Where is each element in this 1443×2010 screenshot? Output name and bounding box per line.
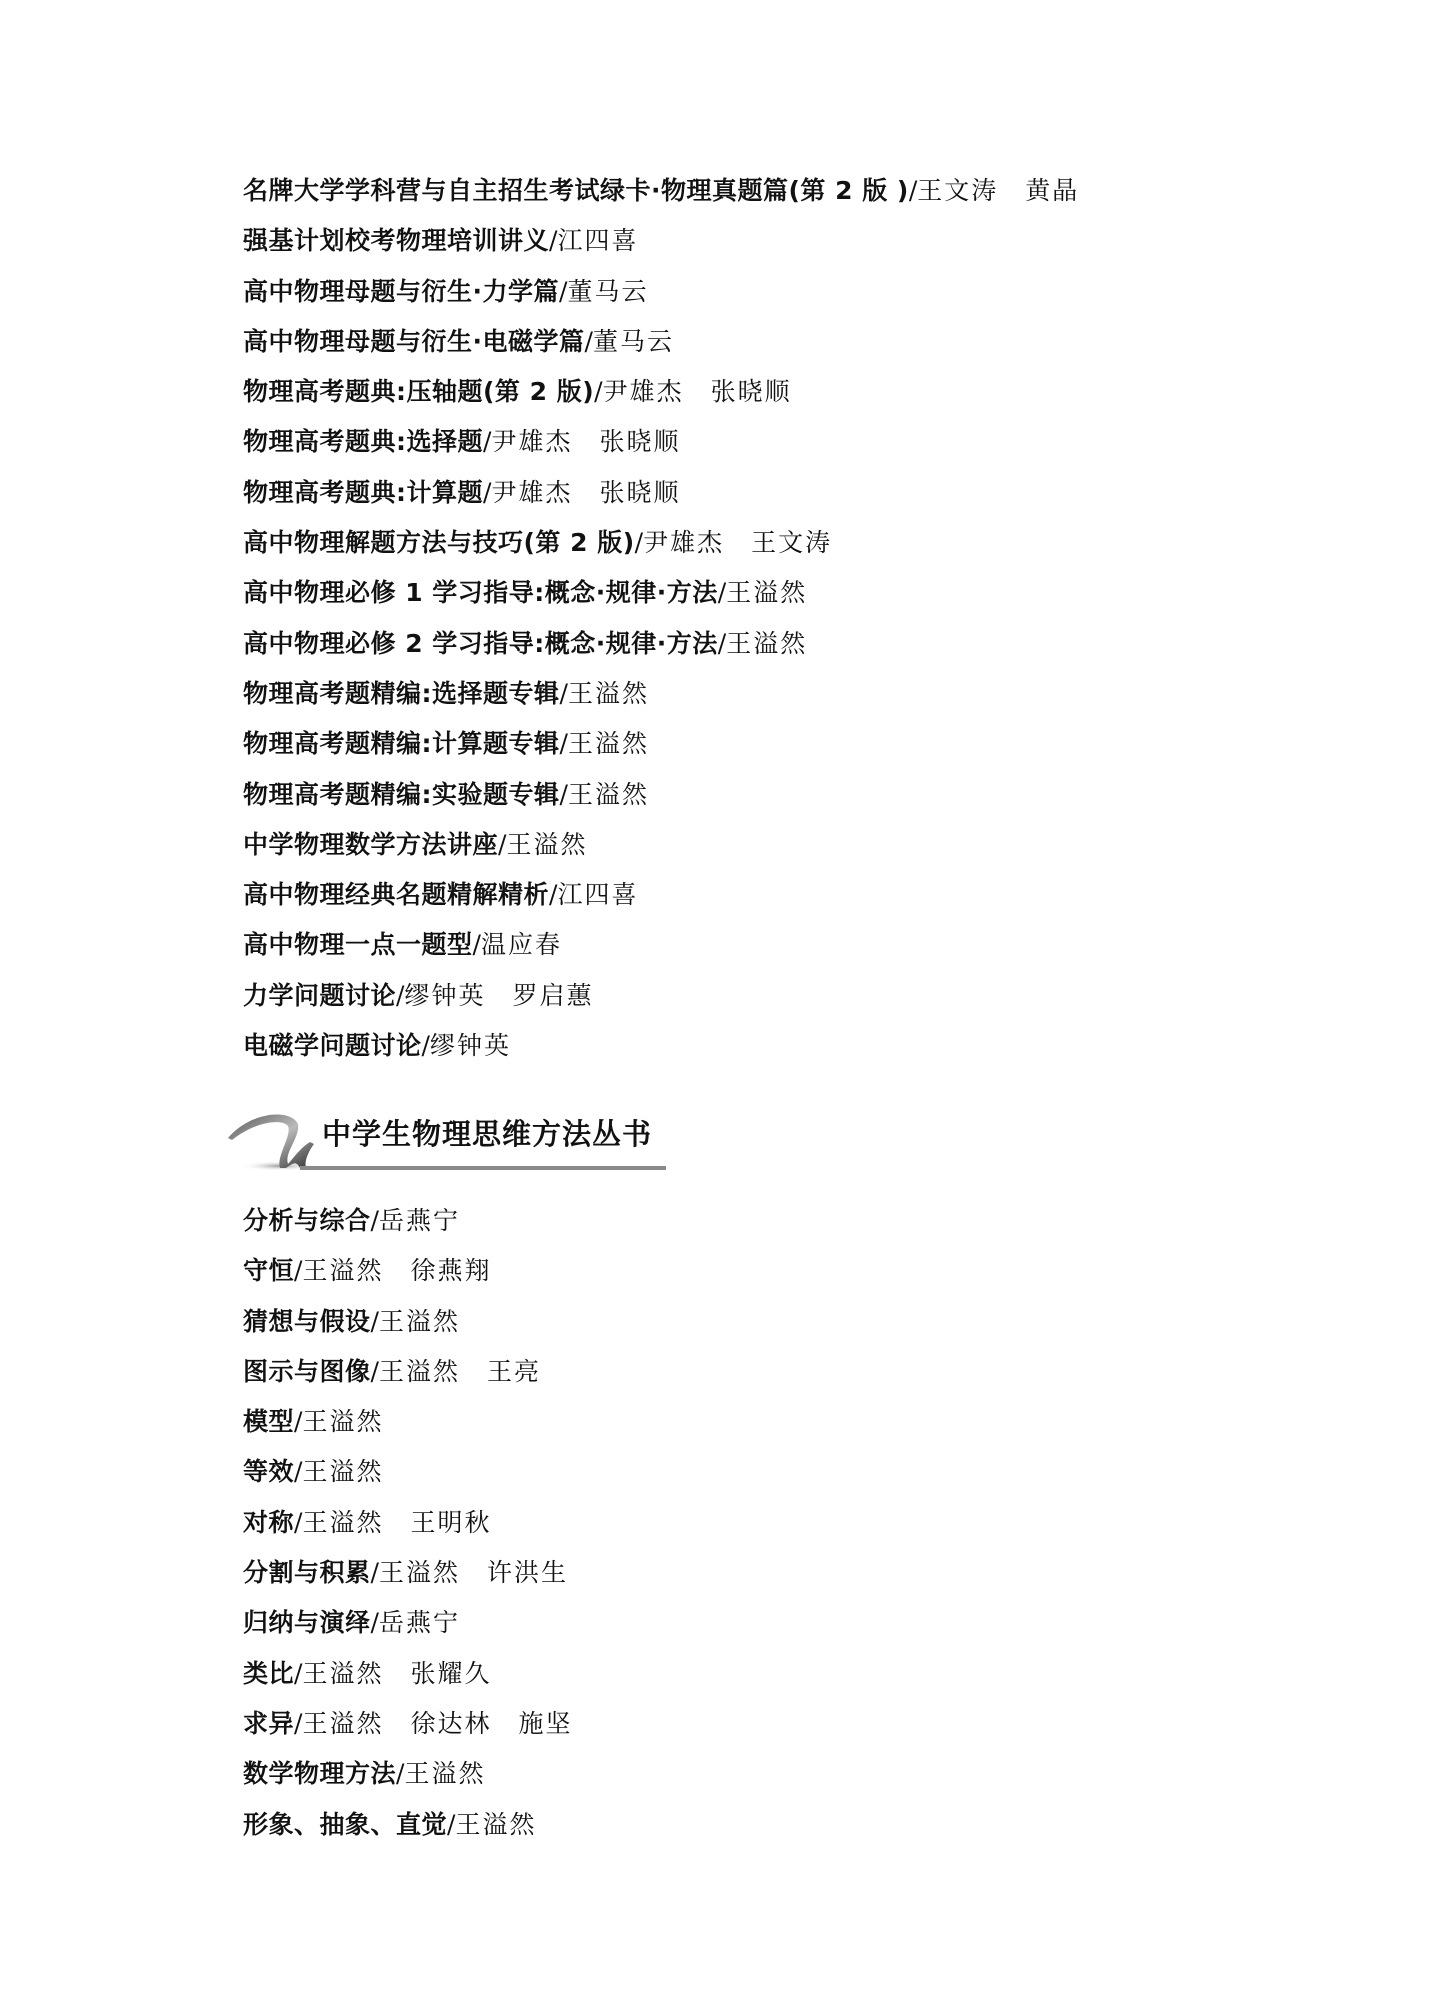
series-header: 中学生物理思维方法丛书 — [210, 1090, 660, 1170]
book-entry: 对称/王溢然 王明秋 — [243, 1498, 572, 1548]
book-entry: 名牌大学学科营与自主招生考试绿卡·物理真题篇(第 2 版 )/王文涛 黄晶 — [243, 166, 1079, 216]
book-title: 归纳与演绎 — [243, 1608, 371, 1637]
separator: / — [585, 327, 593, 356]
separator: / — [371, 1558, 379, 1587]
book-list-section-2: 分析与综合/岳燕宁 守恒/王溢然 徐燕翔 猜想与假设/王溢然 图示与图像/王溢然… — [243, 1196, 572, 1850]
separator: / — [371, 1357, 379, 1386]
book-authors: 王文涛 黄晶 — [917, 176, 1079, 205]
book-authors: 王溢然 — [568, 729, 649, 758]
book-title: 物理高考题精编:实验题专辑 — [243, 780, 560, 809]
book-entry: 猜想与假设/王溢然 — [243, 1297, 572, 1347]
series-title: 中学生物理思维方法丛书 — [322, 1112, 652, 1153]
book-entry: 物理高考题典:压轴题(第 2 版)/尹雄杰 张晓顺 — [243, 367, 1079, 417]
book-authors: 王溢然 — [568, 780, 649, 809]
book-title: 守恒 — [243, 1256, 294, 1285]
book-title: 高中物理经典名题精解精析 — [243, 880, 549, 909]
book-authors: 尹雄杰 张晓顺 — [491, 478, 680, 507]
book-authors: 尹雄杰 张晓顺 — [491, 427, 680, 456]
book-entry: 图示与图像/王溢然 王亮 — [243, 1347, 572, 1397]
book-entry: 物理高考题典:选择题/尹雄杰 张晓顺 — [243, 417, 1079, 467]
book-entry: 类比/王溢然 张耀久 — [243, 1649, 572, 1699]
separator: / — [560, 780, 568, 809]
book-title: 力学问题讨论 — [243, 981, 396, 1010]
book-title: 高中物理必修 2 学习指导:概念·规律·方法 — [243, 629, 718, 658]
book-entry: 数学物理方法/王溢然 — [243, 1749, 572, 1799]
book-title: 物理高考题典:选择题 — [243, 427, 483, 456]
header-underline — [300, 1166, 666, 1170]
book-entry: 高中物理解题方法与技巧(第 2 版)/尹雄杰 王文涛 — [243, 518, 1079, 568]
book-entry: 高中物理必修 2 学习指导:概念·规律·方法/王溢然 — [243, 619, 1079, 669]
book-title: 物理高考题典:压轴题(第 2 版) — [243, 377, 594, 406]
book-title: 中学物理数学方法讲座 — [243, 830, 498, 859]
book-entry: 物理高考题精编:选择题专辑/王溢然 — [243, 669, 1079, 719]
book-title: 高中物理必修 1 学习指导:概念·规律·方法 — [243, 578, 718, 607]
book-title: 物理高考题精编:计算题专辑 — [243, 729, 560, 758]
book-title: 高中物理母题与衍生·力学篇 — [243, 277, 559, 306]
book-authors: 王溢然 王亮 — [379, 1357, 541, 1386]
book-authors: 尹雄杰 王文涛 — [643, 528, 832, 557]
book-authors: 王溢然 张耀久 — [302, 1659, 491, 1688]
book-authors: 王溢然 — [404, 1759, 485, 1788]
book-authors: 王溢然 徐燕翔 — [302, 1256, 491, 1285]
book-entry: 高中物理母题与衍生·力学篇/董马云 — [243, 267, 1079, 317]
book-authors: 王溢然 — [379, 1307, 460, 1336]
book-authors: 王溢然 许洪生 — [379, 1558, 568, 1587]
book-list-section-1: 名牌大学学科营与自主招生考试绿卡·物理真题篇(第 2 版 )/王文涛 黄晶 强基… — [243, 166, 1079, 1071]
book-authors: 王溢然 — [568, 679, 649, 708]
book-authors: 王溢然 徐达林 施坚 — [302, 1709, 572, 1738]
book-entry: 强基计划校考物理培训讲义/江四喜 — [243, 216, 1079, 266]
book-title: 物理高考题典:计算题 — [243, 478, 483, 507]
book-entry: 分割与积累/王溢然 许洪生 — [243, 1548, 572, 1598]
book-entry: 模型/王溢然 — [243, 1397, 572, 1447]
book-authors: 王溢然 — [726, 629, 807, 658]
book-authors: 董马云 — [593, 327, 674, 356]
book-title: 分割与积累 — [243, 1558, 371, 1587]
book-entry: 守恒/王溢然 徐燕翔 — [243, 1246, 572, 1296]
book-title: 模型 — [243, 1407, 294, 1436]
book-authors: 缪钟英 罗启蕙 — [404, 981, 593, 1010]
book-authors: 董马云 — [567, 277, 648, 306]
book-title: 猜想与假设 — [243, 1307, 371, 1336]
separator: / — [560, 679, 568, 708]
book-entry: 高中物理一点一题型/温应春 — [243, 920, 1079, 970]
book-authors: 江四喜 — [557, 226, 638, 255]
book-authors: 江四喜 — [557, 880, 638, 909]
book-entry: 形象、抽象、直觉/王溢然 — [243, 1800, 572, 1850]
book-authors: 温应春 — [481, 930, 562, 959]
book-title: 高中物理母题与衍生·电磁学篇 — [243, 327, 585, 356]
book-authors: 王溢然 — [302, 1457, 383, 1486]
book-entry: 物理高考题典:计算题/尹雄杰 张晓顺 — [243, 468, 1079, 518]
separator: / — [718, 578, 726, 607]
book-entry: 求异/王溢然 徐达林 施坚 — [243, 1699, 572, 1749]
book-title: 等效 — [243, 1457, 294, 1486]
swoosh-logo-icon — [210, 1090, 330, 1170]
separator: / — [718, 629, 726, 658]
book-authors: 尹雄杰 张晓顺 — [603, 377, 792, 406]
separator: / — [422, 1031, 430, 1060]
separator: / — [371, 1307, 379, 1336]
book-title: 求异 — [243, 1709, 294, 1738]
separator: / — [635, 528, 643, 557]
separator: / — [473, 930, 481, 959]
book-entry: 物理高考题精编:计算题专辑/王溢然 — [243, 719, 1079, 769]
book-title: 物理高考题精编:选择题专辑 — [243, 679, 560, 708]
book-entry: 高中物理必修 1 学习指导:概念·规律·方法/王溢然 — [243, 568, 1079, 618]
book-title: 类比 — [243, 1659, 294, 1688]
book-authors: 岳燕宁 — [379, 1608, 460, 1637]
book-title: 图示与图像 — [243, 1357, 371, 1386]
book-authors: 缪钟英 — [430, 1031, 511, 1060]
separator: / — [560, 729, 568, 758]
book-entry: 等效/王溢然 — [243, 1447, 572, 1497]
book-entry: 归纳与演绎/岳燕宁 — [243, 1598, 572, 1648]
book-title: 电磁学问题讨论 — [243, 1031, 422, 1060]
book-entry: 分析与综合/岳燕宁 — [243, 1196, 572, 1246]
book-entry: 电磁学问题讨论/缪钟英 — [243, 1021, 1079, 1071]
book-entry: 高中物理母题与衍生·电磁学篇/董马云 — [243, 317, 1079, 367]
book-authors: 王溢然 — [302, 1407, 383, 1436]
book-entry: 物理高考题精编:实验题专辑/王溢然 — [243, 770, 1079, 820]
book-authors: 王溢然 王明秋 — [302, 1508, 491, 1537]
separator: / — [371, 1608, 379, 1637]
book-title: 强基计划校考物理培训讲义 — [243, 226, 549, 255]
book-entry: 中学物理数学方法讲座/王溢然 — [243, 820, 1079, 870]
book-authors: 岳燕宁 — [379, 1206, 460, 1235]
book-title: 分析与综合 — [243, 1206, 371, 1235]
separator: / — [594, 377, 602, 406]
book-authors: 王溢然 — [726, 578, 807, 607]
book-entry: 高中物理经典名题精解精析/江四喜 — [243, 870, 1079, 920]
book-title: 名牌大学学科营与自主招生考试绿卡·物理真题篇(第 2 版 ) — [243, 176, 909, 205]
book-title: 形象、抽象、直觉 — [243, 1810, 447, 1839]
book-authors: 王溢然 — [455, 1810, 536, 1839]
separator: / — [371, 1206, 379, 1235]
book-title: 数学物理方法 — [243, 1759, 396, 1788]
book-title: 高中物理一点一题型 — [243, 930, 473, 959]
book-entry: 力学问题讨论/缪钟英 罗启蕙 — [243, 971, 1079, 1021]
book-title: 高中物理解题方法与技巧(第 2 版) — [243, 528, 635, 557]
book-authors: 王溢然 — [506, 830, 587, 859]
book-title: 对称 — [243, 1508, 294, 1537]
